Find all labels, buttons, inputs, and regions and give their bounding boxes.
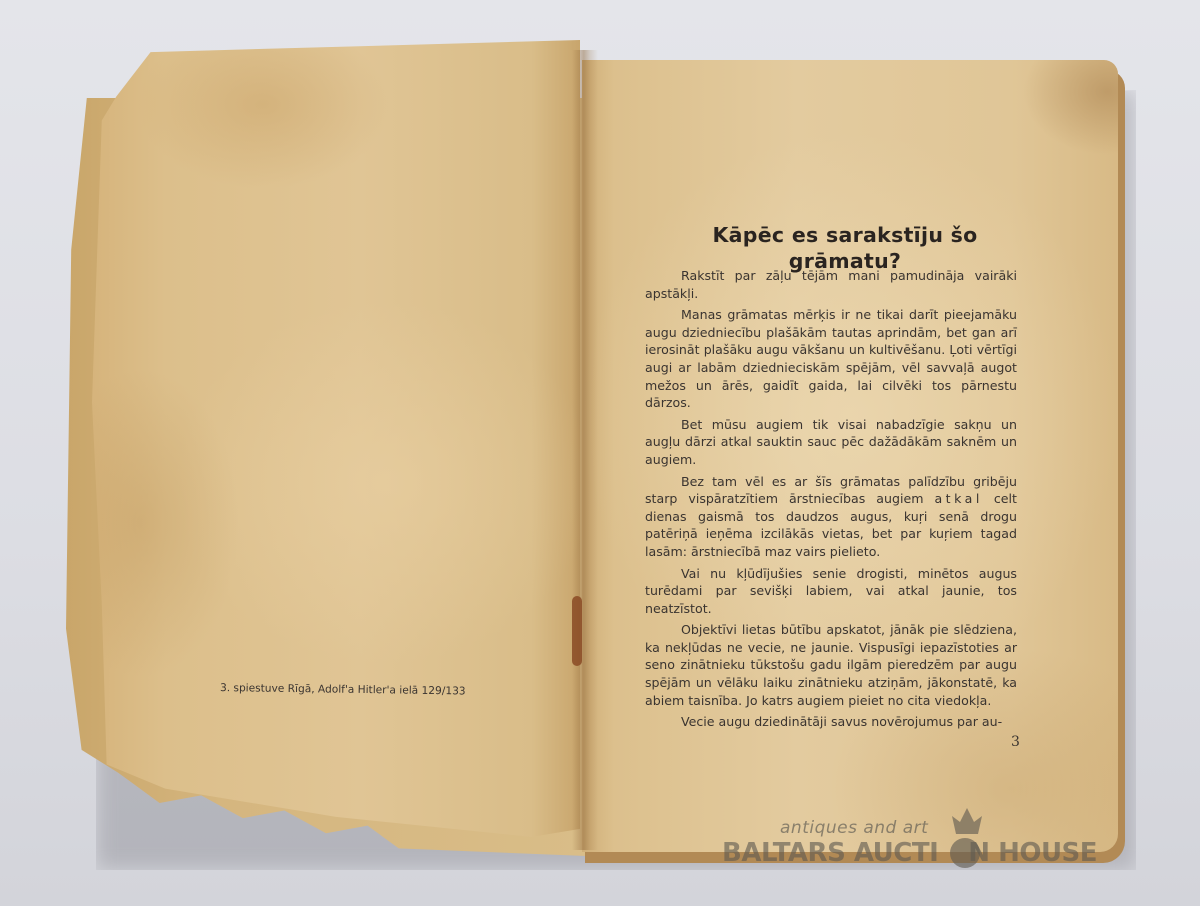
paragraph: Rakstīt par zāļu tējām mani pamudināja v… bbox=[645, 267, 1017, 302]
body-text: Rakstīt par zāļu tējām mani pamudināja v… bbox=[645, 267, 1017, 735]
paragraph: Bet mūsu augiem tik visai nabadzīgie sak… bbox=[645, 416, 1017, 469]
watermark-name-start: BALTARS AUCTI bbox=[722, 838, 938, 868]
crown-icon bbox=[952, 808, 982, 834]
paragraph: Vai nu kļūdījušies senie drogisti, minēt… bbox=[645, 565, 1017, 618]
book-spine bbox=[572, 50, 598, 850]
watermark-name: BALTARS AUCTIN HOUSE bbox=[722, 838, 1097, 868]
paragraph: Bez tam vēl es ar šīs grāmatas palīdzību… bbox=[645, 473, 1017, 561]
page-number: 3 bbox=[1011, 734, 1020, 750]
watermark-tagline: antiques and art bbox=[780, 818, 928, 838]
spaced-emphasis: atkal bbox=[934, 491, 982, 506]
left-page bbox=[92, 40, 580, 845]
paragraph: Manas grāmatas mērķis ir ne tikai darīt … bbox=[645, 306, 1017, 412]
paragraph: Objektīvi lietas būtību apskatot, jānāk … bbox=[645, 621, 1017, 709]
spine-stain bbox=[572, 596, 582, 666]
paragraph: Vecie augu dziedinātāji savus novērojumu… bbox=[645, 713, 1017, 731]
watermark-name-end: N HOUSE bbox=[968, 838, 1097, 868]
